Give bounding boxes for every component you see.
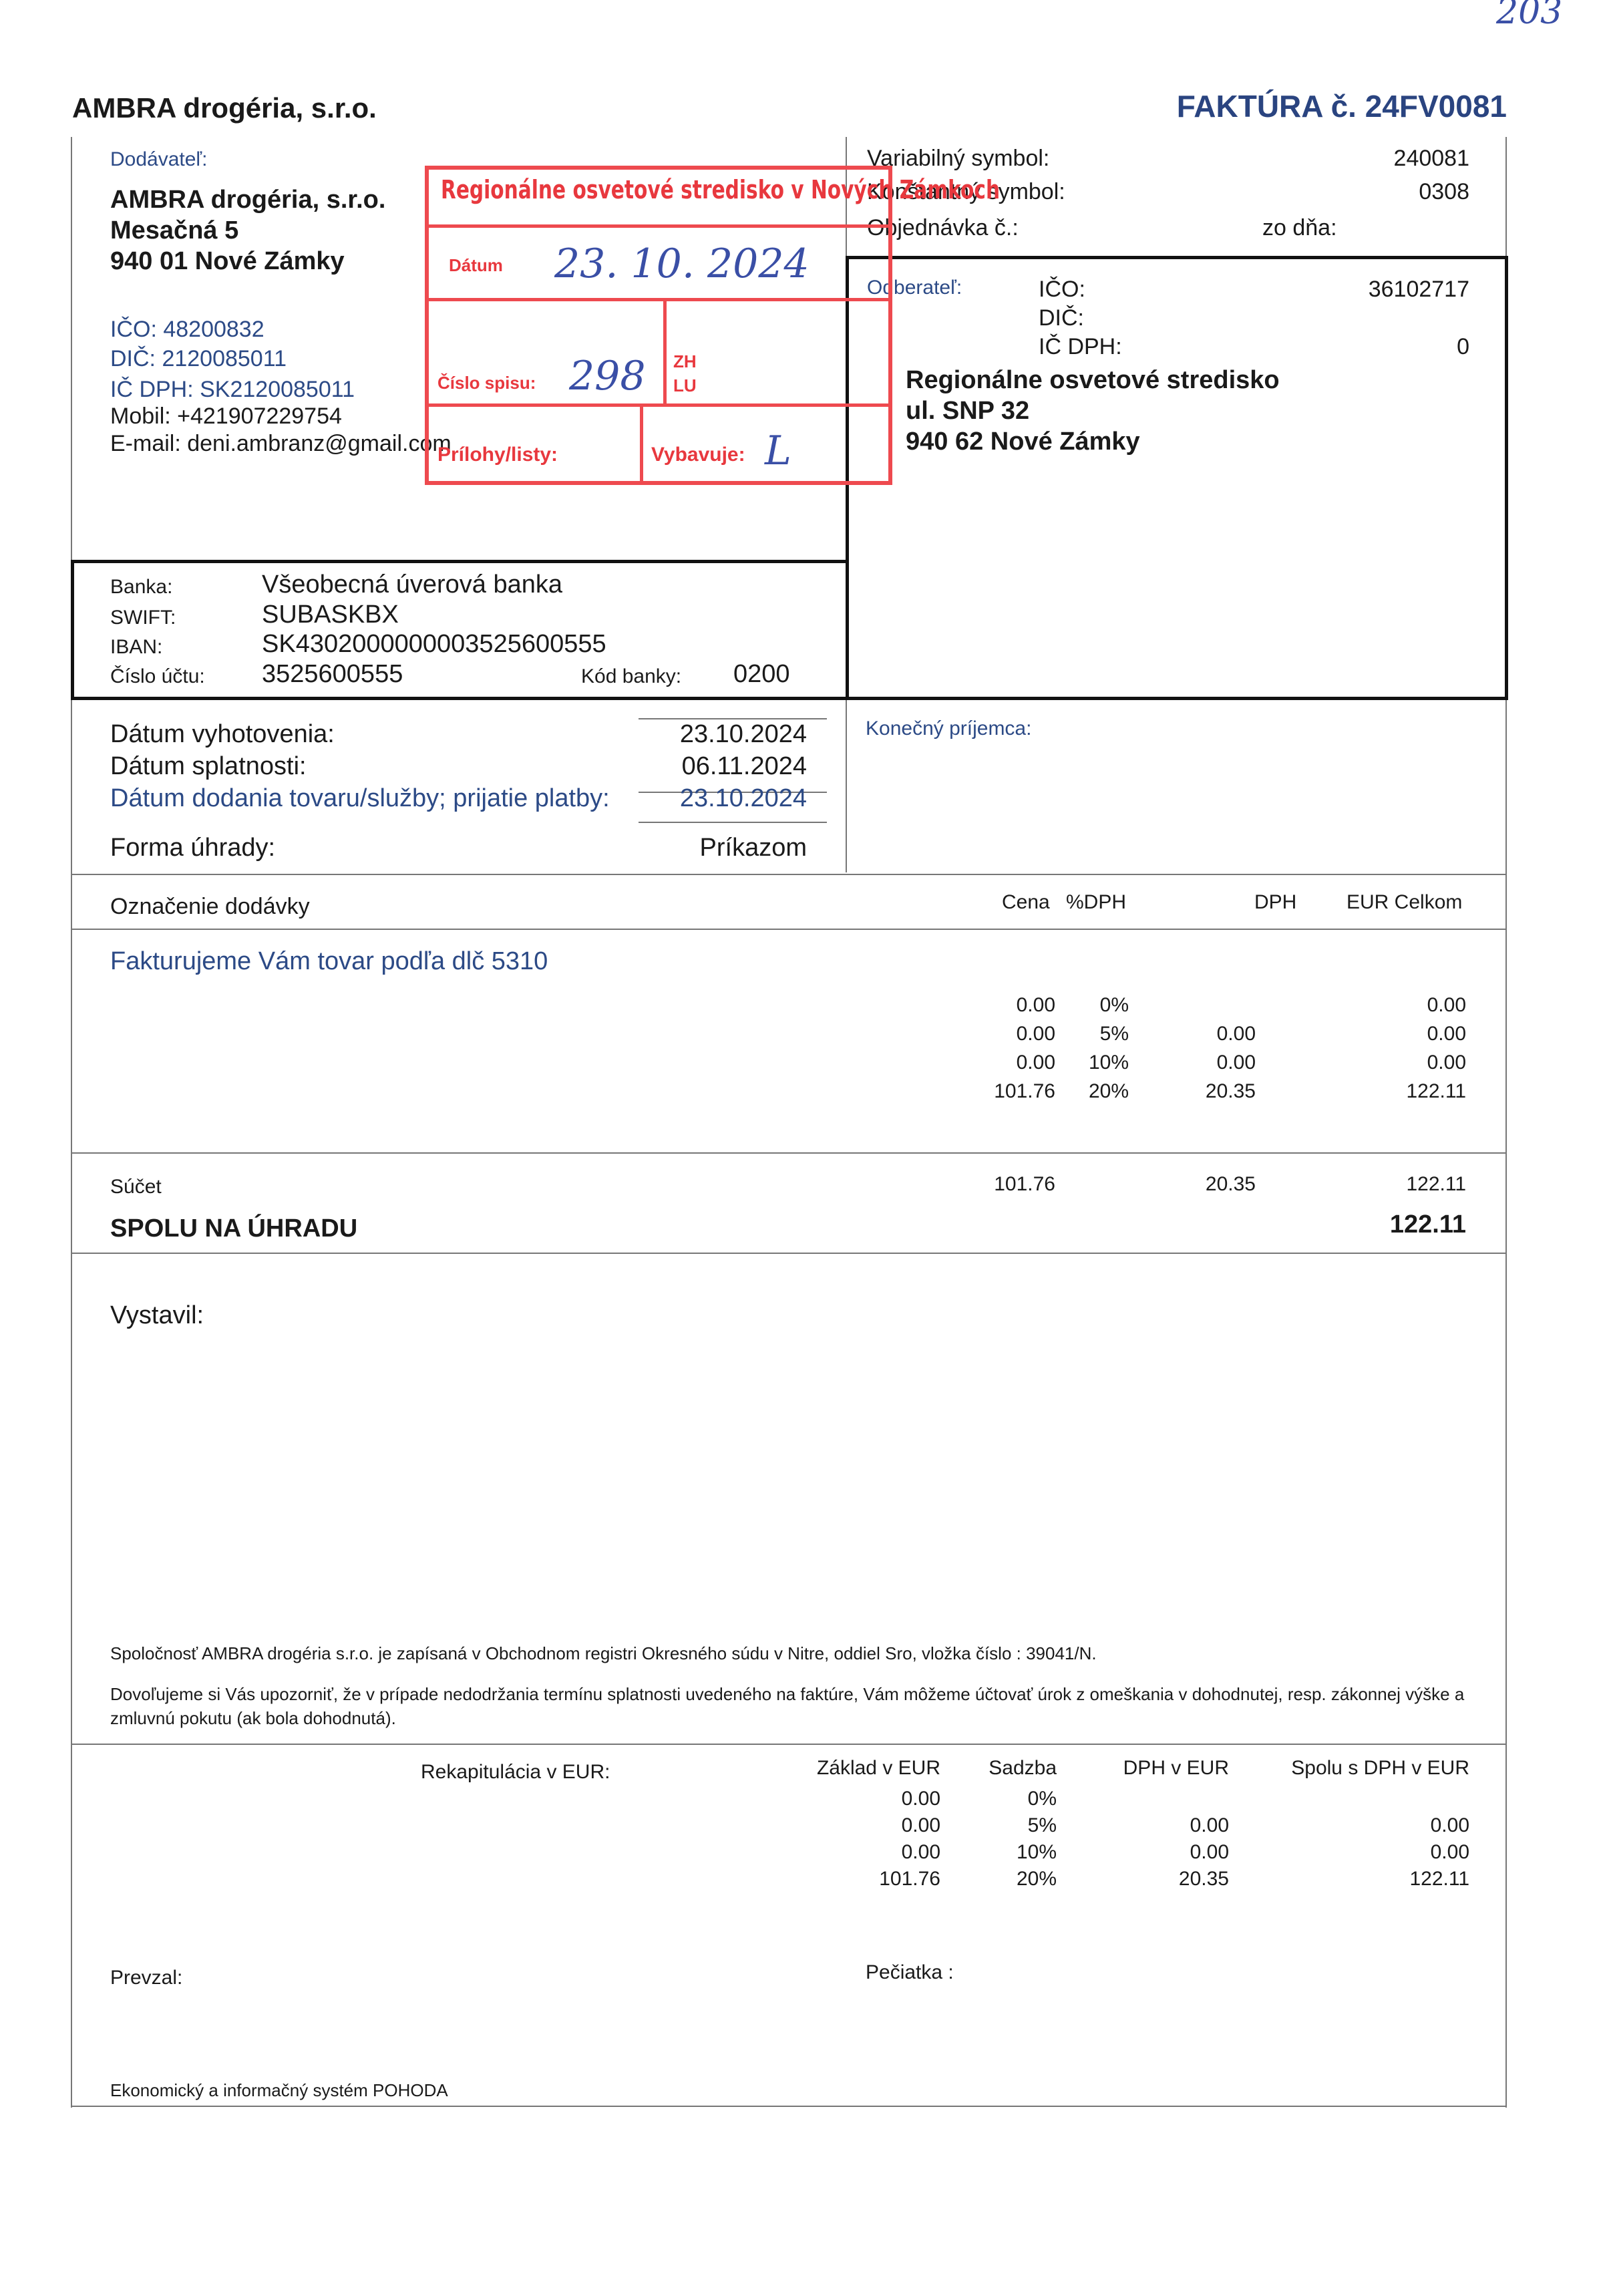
issued-by-label: Vystavil: xyxy=(110,1301,204,1330)
stamp-date-label: Dátum xyxy=(449,255,503,276)
iban-label: IBAN: xyxy=(110,636,162,659)
sum-vat: 20.35 xyxy=(1122,1173,1256,1196)
rule-items-top xyxy=(71,874,1507,875)
divider-dates xyxy=(846,700,847,872)
recap-total: 0.00 xyxy=(1242,1814,1469,1837)
item-vat: 0.00 xyxy=(1122,1023,1256,1045)
recap-rate: 20% xyxy=(955,1868,1057,1891)
recap-base: 0.00 xyxy=(768,1814,940,1837)
stamp-org: Regionálne osvetové stredisko v Nových Z… xyxy=(441,175,1000,204)
item-total: 0.00 xyxy=(1332,1051,1466,1074)
supplier-mobile: Mobil: +421907229754 xyxy=(110,403,342,430)
rule-items-head xyxy=(71,929,1507,930)
supplier-ico: IČO: 48200832 xyxy=(110,317,264,343)
variable-symbol-label: Variabilný symbol: xyxy=(867,146,1049,172)
recap-vat: 0.00 xyxy=(1069,1814,1229,1837)
stamp-attachments-label: Prílohy/listy: xyxy=(437,444,558,466)
item-vat-rate: 10% xyxy=(1055,1051,1129,1074)
rule-sum xyxy=(71,1152,1507,1154)
item-vat-rate: 5% xyxy=(1055,1023,1129,1045)
swift-label: SWIFT: xyxy=(110,607,176,629)
handwritten-page-number: 203 xyxy=(1496,0,1562,32)
due-date-value: 06.11.2024 xyxy=(635,752,807,781)
bank-code-value: 0200 xyxy=(733,660,790,689)
registry-note: Spoločnosť AMBRA drogéria s.r.o. je zapí… xyxy=(110,1643,1097,1664)
supplier-ic-dph: IČ DPH: SK2120085011 xyxy=(110,377,355,403)
recap-rate: 0% xyxy=(955,1788,1057,1810)
recap-total: 122.11 xyxy=(1242,1868,1469,1891)
iban-value: SK4302000000003525600555 xyxy=(262,630,606,659)
supplier-name: AMBRA drogéria, s.r.o. xyxy=(110,186,385,214)
customer-ic-dph-value: 0 xyxy=(1269,334,1469,360)
stamp-zh: ZH xyxy=(673,351,697,372)
item-price: 101.76 xyxy=(922,1080,1055,1103)
sum-price: 101.76 xyxy=(922,1173,1055,1196)
swift-value: SUBASKBX xyxy=(262,601,399,629)
stamp-lu: LU xyxy=(673,375,697,396)
recap-label: Rekapitulácia v EUR: xyxy=(421,1761,610,1784)
variable-symbol-value: 240081 xyxy=(1269,146,1469,172)
recap-base: 0.00 xyxy=(768,1788,940,1810)
stamp-file-value: 298 xyxy=(569,353,646,399)
items-header-description: Označenie dodávky xyxy=(110,894,310,920)
recap-header-rate: Sadzba xyxy=(955,1757,1057,1780)
item-vat: 20.35 xyxy=(1122,1080,1256,1103)
account-value: 3525600555 xyxy=(262,660,403,689)
items-header-total: EUR Celkom xyxy=(1347,891,1462,914)
recap-header-base: Základ v EUR xyxy=(768,1757,940,1780)
item-vat: 0.00 xyxy=(1122,1051,1256,1074)
customer-city: 940 62 Nové Zámky xyxy=(906,428,1140,456)
item-total: 0.00 xyxy=(1332,994,1466,1017)
rule-to-pay xyxy=(71,1253,1507,1254)
item-price: 0.00 xyxy=(922,1023,1055,1045)
issue-date-value: 23.10.2024 xyxy=(635,720,807,749)
item-vat-rate: 0% xyxy=(1055,994,1129,1017)
date-rule-1 xyxy=(639,718,827,719)
order-date-label: zo dňa: xyxy=(1262,215,1337,241)
due-date-label: Dátum splatnosti: xyxy=(110,752,307,781)
account-label: Číslo účtu: xyxy=(110,665,205,688)
bank-code-label: Kód banky: xyxy=(581,665,681,688)
stamp-file-label: Číslo spisu: xyxy=(437,373,536,393)
customer-name: Regionálne osvetové stredisko xyxy=(906,366,1280,395)
frame-left xyxy=(71,137,72,2108)
sum-total: 122.11 xyxy=(1332,1173,1466,1196)
recap-header-vat: DPH v EUR xyxy=(1069,1757,1229,1780)
customer-dic-label: DIČ: xyxy=(1039,305,1084,331)
date-rule-3 xyxy=(639,822,827,823)
payment-form-value: Príkazom xyxy=(635,834,807,862)
rule-bottom xyxy=(71,2106,1507,2107)
payment-warning-note: Dovoľujeme si Vás upozorniť, že v prípad… xyxy=(110,1682,1479,1730)
items-header-vat-pct: %DPH xyxy=(1066,891,1126,914)
supplier-dic: DIČ: 2120085011 xyxy=(110,346,287,372)
customer-ic-dph-label: IČ DPH: xyxy=(1039,334,1122,360)
recap-base: 101.76 xyxy=(768,1868,940,1891)
supplier-email: E-mail: deni.ambranz@gmail.com xyxy=(110,431,452,457)
invoice-title: FAKTÚRA č. 24FV0081 xyxy=(1002,88,1507,124)
issue-date-label: Dátum vyhotovenia: xyxy=(110,720,335,749)
sum-label: Súčet xyxy=(110,1176,162,1198)
recap-header-total: Spolu s DPH v EUR xyxy=(1242,1757,1469,1780)
recap-vat: 0.00 xyxy=(1069,1841,1229,1864)
supplier-city: 940 01 Nové Zámky xyxy=(110,247,345,276)
recap-rate: 10% xyxy=(955,1841,1057,1864)
payment-form-label: Forma úhrady: xyxy=(110,834,275,862)
customer-ico-label: IČO: xyxy=(1039,277,1085,303)
supplier-street: Mesačná 5 xyxy=(110,216,238,245)
items-header-vat: DPH xyxy=(1254,891,1296,914)
item-vat-rate: 20% xyxy=(1055,1080,1129,1103)
items-header-price: Cena xyxy=(1002,891,1050,914)
final-recipient-label: Konečný príjemca: xyxy=(866,717,1031,740)
footer-software: Ekonomický a informačný systém POHODA xyxy=(110,2080,448,2101)
item-total: 0.00 xyxy=(1332,1023,1466,1045)
received-by-label: Prevzal: xyxy=(110,1967,182,1989)
recap-rate: 5% xyxy=(955,1814,1057,1837)
stamp-handler-label: Vybavuje: xyxy=(651,444,745,466)
customer-ico-value: 36102717 xyxy=(1269,277,1469,303)
to-pay-label: SPOLU NA ÚHRADU xyxy=(110,1214,357,1243)
recap-total: 0.00 xyxy=(1242,1841,1469,1864)
supplier-label: Dodávateľ: xyxy=(110,148,208,171)
item-price: 0.00 xyxy=(922,994,1055,1017)
delivery-date-label: Dátum dodania tovaru/služby; prijatie pl… xyxy=(110,784,610,813)
customer-box xyxy=(846,256,1508,700)
customer-street: ul. SNP 32 xyxy=(906,397,1029,426)
items-description: Fakturujeme Vám tovar podľa dlč 5310 xyxy=(110,947,548,976)
bank-label: Banka: xyxy=(110,576,172,599)
recap-vat: 20.35 xyxy=(1069,1868,1229,1891)
bank-value: Všeobecná úverová banka xyxy=(262,570,562,599)
stamp-date-value: 23. 10. 2024 xyxy=(554,240,810,287)
item-price: 0.00 xyxy=(922,1051,1055,1074)
rule-recap xyxy=(71,1744,1507,1745)
recap-base: 0.00 xyxy=(768,1841,940,1864)
delivery-date-value: 23.10.2024 xyxy=(635,784,807,813)
company-header: AMBRA drogéria, s.r.o. xyxy=(72,92,377,124)
item-total: 122.11 xyxy=(1332,1080,1466,1103)
to-pay-value: 122.11 xyxy=(1332,1210,1466,1239)
stamp-handler-value: L xyxy=(765,428,791,474)
constant-symbol-value: 0308 xyxy=(1269,179,1469,205)
stamp-label: Pečiatka : xyxy=(866,1961,954,1984)
